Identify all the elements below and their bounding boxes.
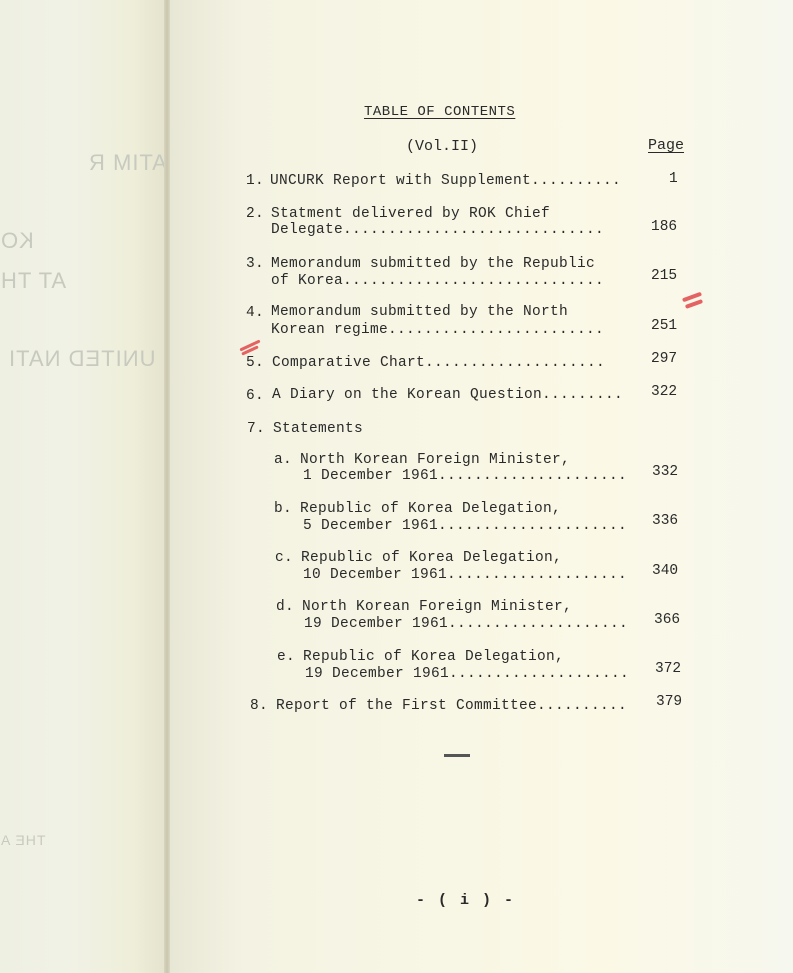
entry-title: Republic of Korea Delegation, [301,550,562,566]
entry-title: Report of the First Committee.......... [276,698,627,714]
entry-title: North Korean Foreign Minister, [300,452,570,468]
bleed-through-text: KO [0,228,34,254]
entry-page: 215 [651,268,677,284]
entry-title: Comparative Chart.................... [272,355,605,371]
bleed-through-text: UNITED NATI [8,346,155,372]
entry-title: Republic of Korea Delegation, [300,501,561,517]
entry-title-cont: 1 December 1961..................... [303,468,627,484]
entry-page: 251 [651,318,677,334]
entry-number: 8. [250,698,268,714]
entry-title-cont: 10 December 1961.................... [303,567,627,583]
entry-page: 332 [652,464,678,480]
entry-number: 5. [246,355,264,371]
entry-page: 1 [669,171,678,187]
page-title: TABLE OF CONTENTS [364,104,515,120]
entry-page: 322 [651,384,677,400]
bleed-through-text: AT TH [0,268,66,294]
entry-number: a. [274,452,292,468]
entry-title-cont: Korean regime........................ [271,322,604,338]
entry-number: 2. [246,206,264,222]
entry-title: North Korean Foreign Minister, [302,599,572,615]
entry-page: 366 [654,612,680,628]
entry-number: 4. [246,305,264,321]
volume-label: (Vol.II) [406,138,478,155]
page-column-header: Page [648,137,684,154]
entry-page: 379 [656,694,682,710]
entry-number: e. [277,649,295,665]
entry-title: UNCURK Report with Supplement.......... [270,173,621,189]
entry-number: 6. [246,388,264,404]
entry-number: 3. [246,256,264,272]
entry-title: A Diary on the Korean Question......... [272,387,623,403]
entry-number: c. [275,550,293,566]
right-page [170,0,793,973]
entry-number: b. [274,501,292,517]
entry-title-cont: 19 December 1961.................... [305,666,629,682]
entry-page: 186 [651,219,677,235]
page-number-footer: - ( i ) - [416,892,515,909]
entry-title-cont: 19 December 1961.................... [304,616,628,632]
entry-number: d. [276,599,294,615]
entry-page: 297 [651,351,677,367]
entry-title: Memorandum submitted by the Republic [271,256,595,272]
entry-page: 340 [652,563,678,579]
entry-number: 1. [246,173,264,189]
bleed-through-text: THE A [0,832,45,848]
entry-title: Statements [273,421,363,437]
entry-title-cont: 5 December 1961..................... [303,518,627,534]
separator-dash [444,754,470,757]
entry-title: Republic of Korea Delegation, [303,649,564,665]
entry-title: Statment delivered by ROK Chief [271,206,550,222]
left-page: VERBATIM R KO AT TH UNITED NATI THE A [0,0,168,973]
entry-page: 336 [652,513,678,529]
entry-title-cont: of Korea............................. [271,273,604,289]
entry-page: 372 [655,661,681,677]
entry-title-cont: Delegate............................. [271,222,604,238]
entry-number: 7. [247,421,265,437]
entry-title: Memorandum submitted by the North [271,304,568,320]
